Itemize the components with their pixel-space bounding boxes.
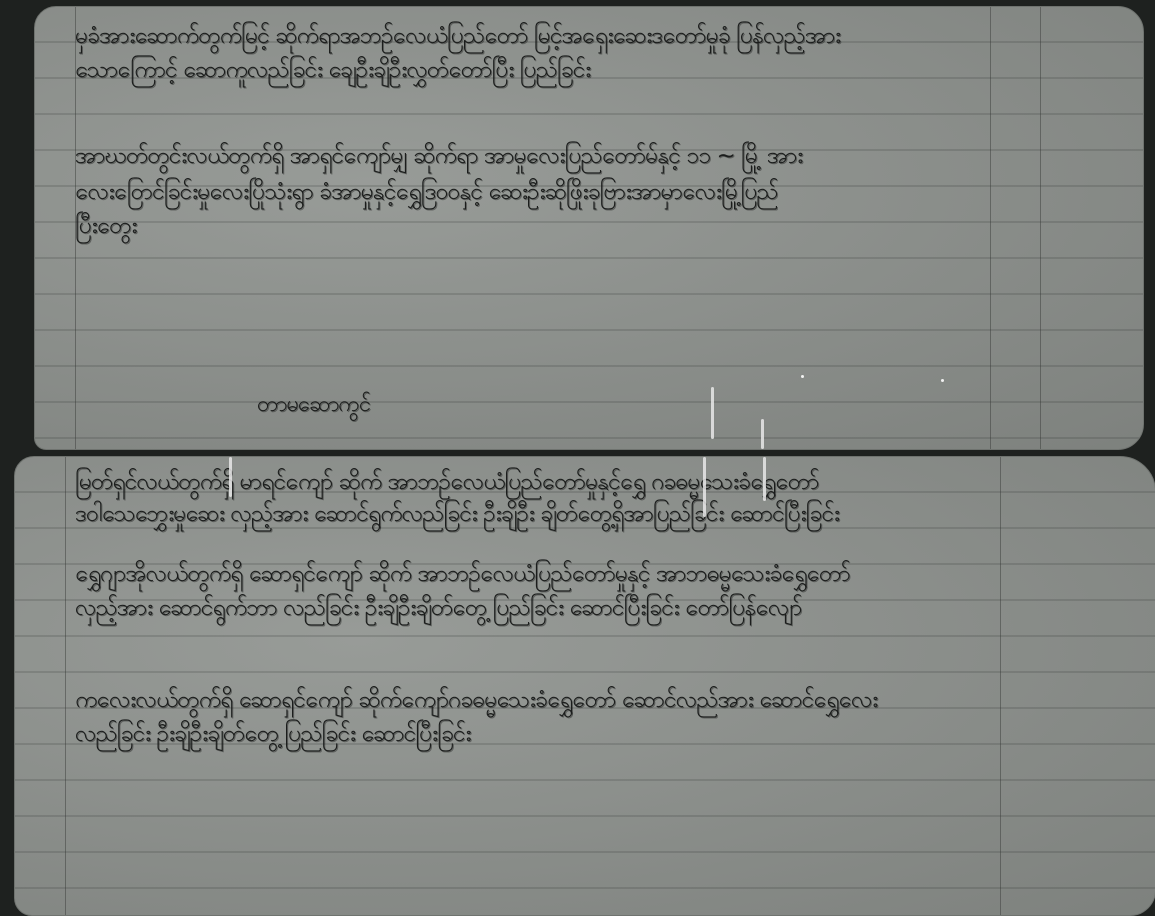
manuscript-leaf-bottom: မြတ်ရှင်လယ်တွက်ရှိ မာရင်ကျော် ဆိုက် အာဘဉ… [14, 456, 1155, 916]
section-heading: တာမဆောကွင် [257, 389, 370, 422]
text-line: ဒဝါသေဘွှေးမှုဆေး လှည့်အား ဆောင်ရွက်လည်ခြ… [75, 499, 839, 533]
manuscript-leaf-top: မှခံအားဆောက်တွက်မြင့် ဆိုက်ရာအဘဉ်လေယံပြည… [34, 6, 1144, 450]
text-line: ရွှေဂျာအိုလယ်တွက်ရှိ ဆောရှင်ကျော် ဆိုက် … [75, 559, 850, 593]
text-line: လှည့်အား ဆောင်ရွက်ဘာ လည်ခြင်း ဦးချိဦးချိ… [75, 593, 802, 627]
damage-crack [763, 457, 766, 501]
damage-crack [229, 457, 232, 497]
ruled-margin-line [990, 7, 991, 449]
ruled-margin-line [65, 457, 66, 915]
text-line: လေးဝြောင်ခြင်းမှုလေးပြိုသုံးရွာ ခံအာမှုန… [75, 177, 778, 211]
text-line: မှခံအားဆောက်တွက်မြင့် ဆိုက်ရာအဘဉ်လေယံပြည… [75, 21, 840, 55]
damage-speck [801, 375, 804, 378]
damage-crack [711, 387, 714, 439]
damage-crack [703, 457, 706, 517]
text-line: လည်ခြင်း ဦးချိဦးချိတ်တွေ့ ပြည်ခြင်း ဆောင… [75, 719, 471, 753]
ruled-margin-line [1000, 457, 1001, 915]
text-line: သောကြောင့် ဆောကူလည်ခြင်း ချေဦးချိဦးလွှတ်… [75, 55, 590, 89]
text-line: ပြီးတွေး [75, 211, 137, 245]
text-line: ကလေးလယ်တွက်ရှိ ဆောရှင်ကျော် ဆိုက်ကျော်ဂခ… [75, 685, 877, 719]
text-line: မြတ်ရှင်လယ်တွက်ရှိ မာရင်ကျော် ဆိုက် အာဘဉ… [75, 467, 819, 501]
damage-speck [941, 379, 944, 382]
text-line: အာဃတ်တွင်းလယ်တွက်ရှိ အာရှင်ကျော်မျှ ဆိုက… [75, 141, 802, 175]
ruled-margin-line [1040, 7, 1041, 449]
damage-crack [761, 419, 764, 449]
